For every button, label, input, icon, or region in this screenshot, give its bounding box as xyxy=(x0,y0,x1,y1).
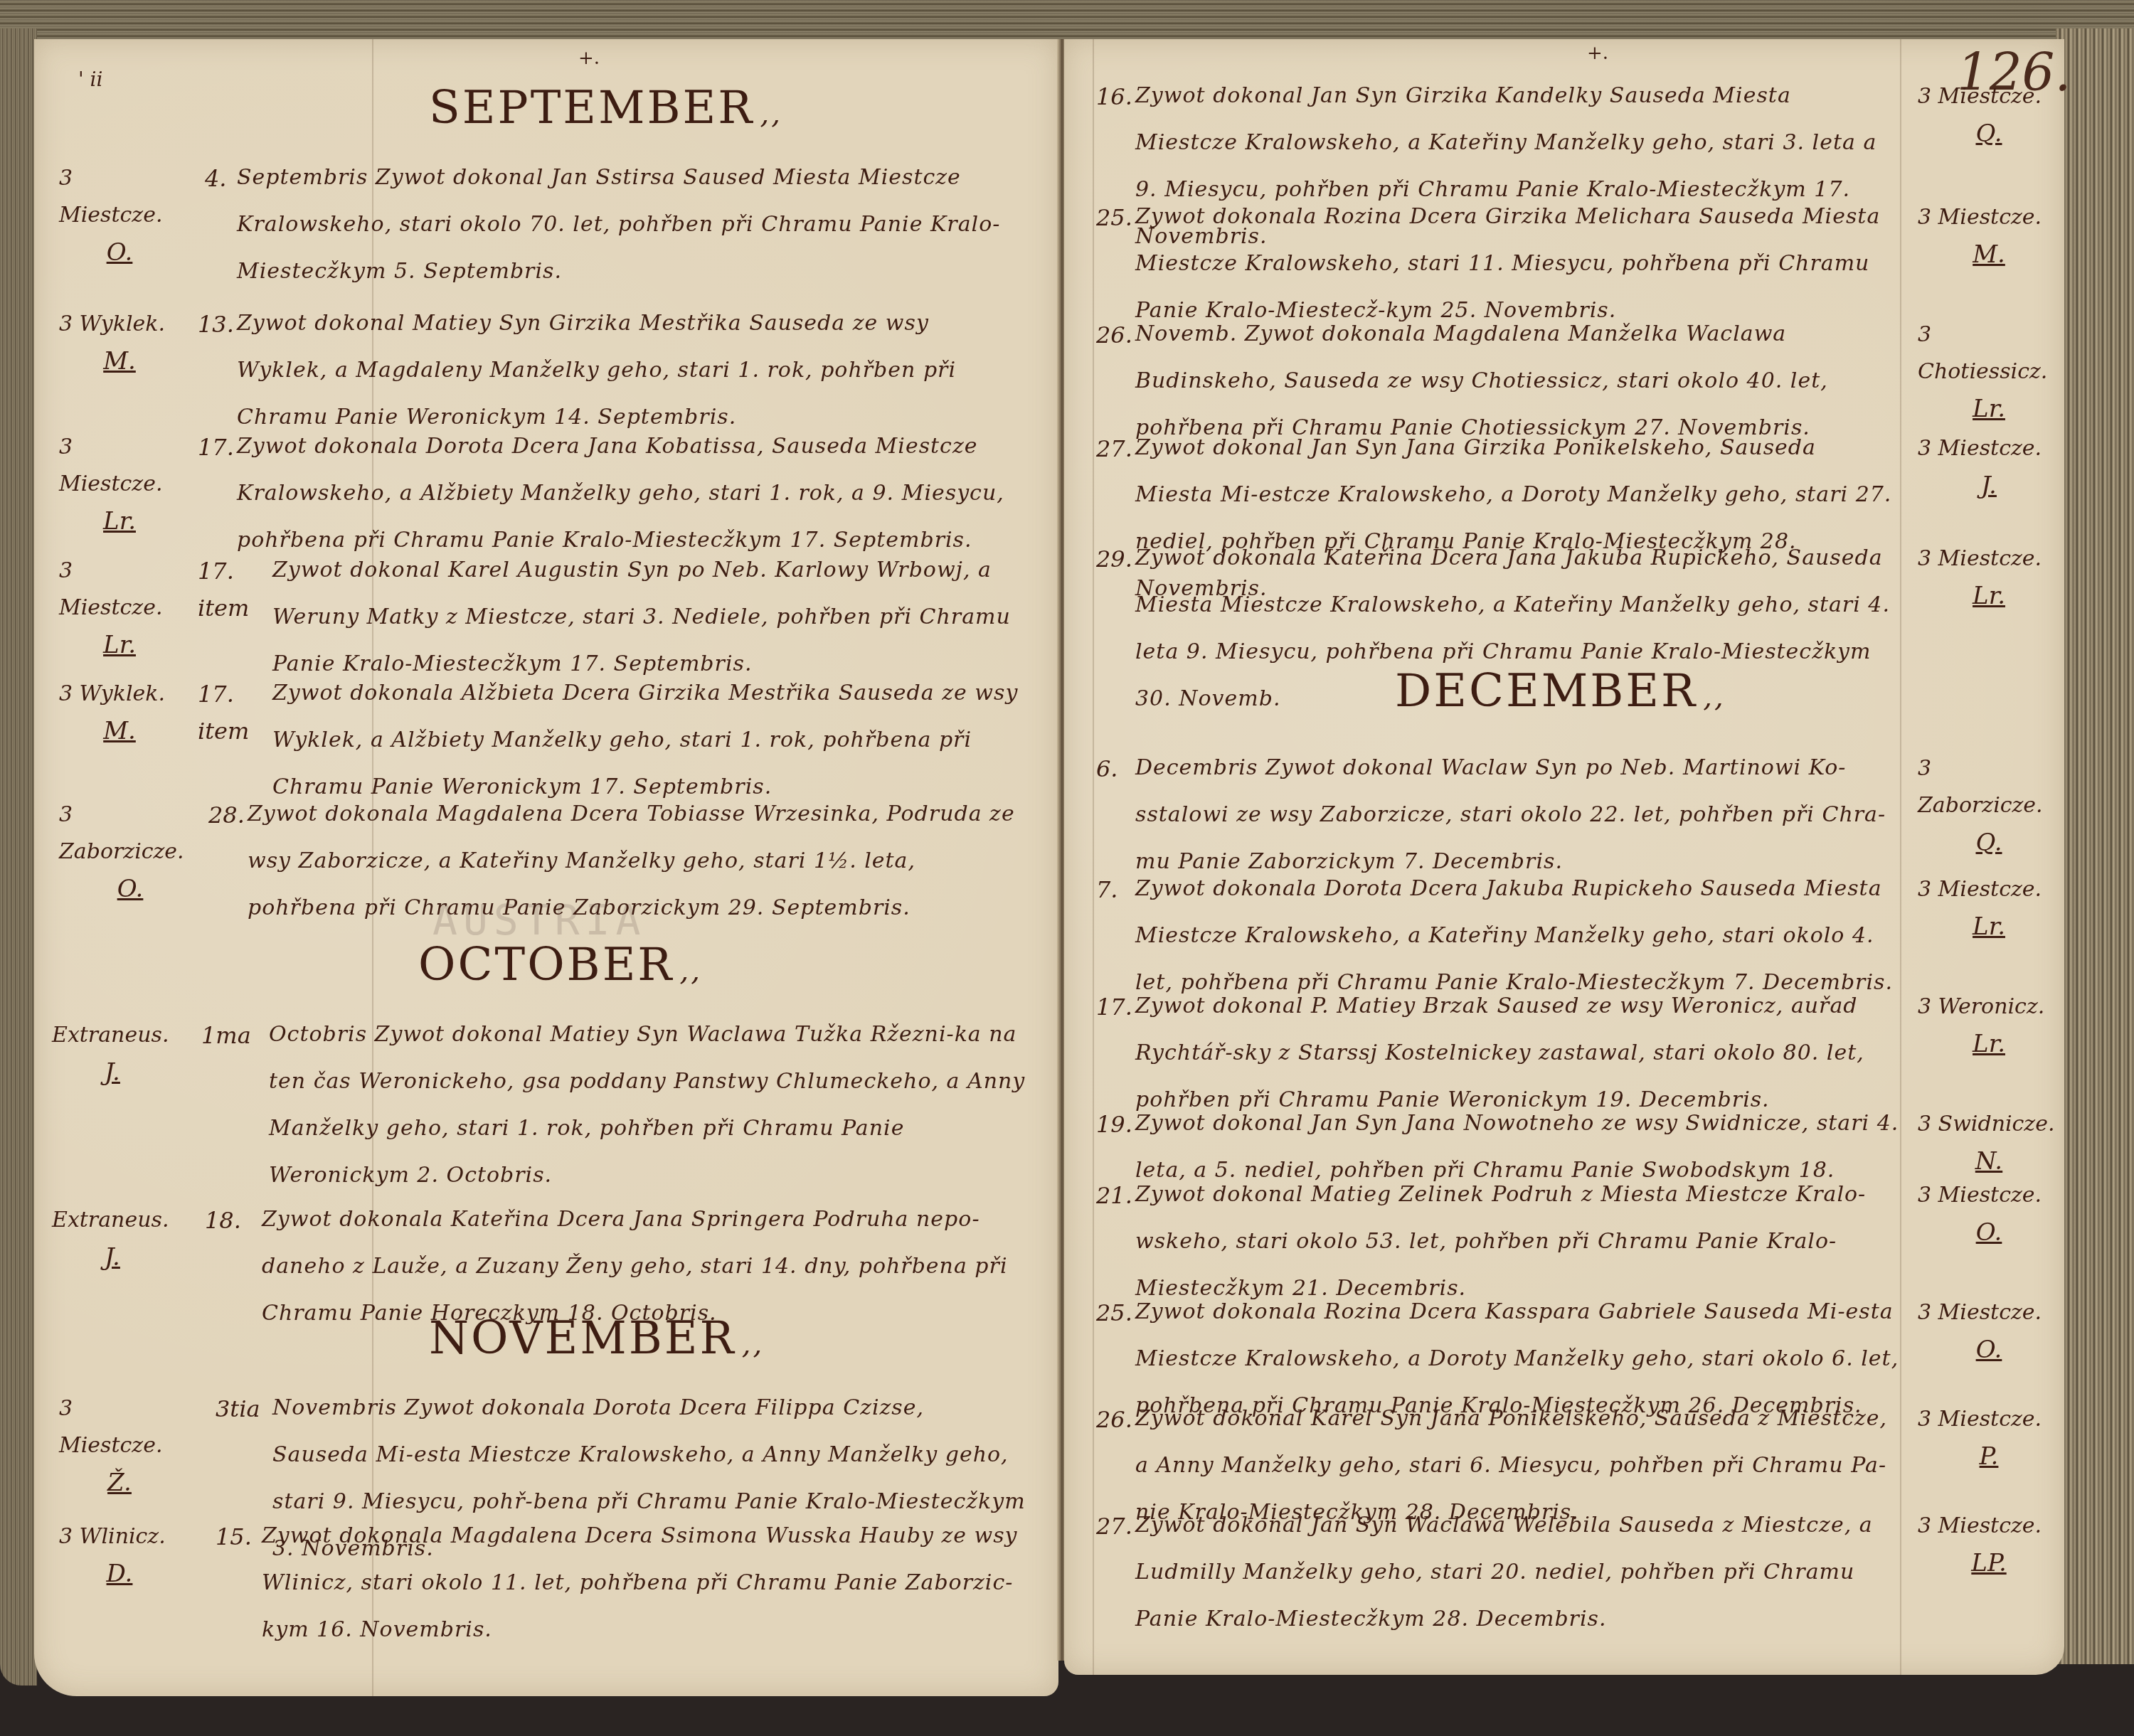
book-left-page-edges xyxy=(0,28,37,1686)
margin-initial: Q. xyxy=(1918,115,2060,152)
margin-place: 3 Miestcze. xyxy=(1918,546,2042,571)
margin-place: 3 Swidnicze. xyxy=(1918,1112,2054,1136)
margin-initial: J. xyxy=(52,1239,173,1276)
margin-initial: O. xyxy=(1918,1331,2060,1368)
book-top-edge xyxy=(0,0,2134,44)
margin-place: 3 Miestcze. xyxy=(1918,436,2042,461)
margin-place: 3 Miestcze. xyxy=(1918,84,2042,109)
margin-initial: Lr. xyxy=(59,627,180,664)
margin-initial: O. xyxy=(59,870,201,907)
entry-date: 17. item xyxy=(198,553,249,627)
entry-date: 13. xyxy=(198,306,234,343)
margin-initial: O. xyxy=(1918,1214,2060,1251)
margin-initial: J. xyxy=(52,1054,173,1091)
entry-text: Zywot dokonal Matiey Syn Girzika Mestřik… xyxy=(237,300,1026,441)
margin-place: Extraneus. xyxy=(52,1023,169,1048)
margin-place: 3 Miestcze. xyxy=(59,1396,162,1458)
margin-initial: Ž. xyxy=(59,1464,180,1501)
margin-initial: Lr. xyxy=(1918,1026,2060,1063)
margin-initial: Lr. xyxy=(1918,908,2060,945)
month-title: SEPTEMBER xyxy=(429,82,755,134)
margin-initial: J. xyxy=(1918,467,2060,504)
entry-date: 16. xyxy=(1096,78,1132,115)
month-heading-october: OCTOBER,, xyxy=(418,939,702,991)
margin-place: 3 Miestcze. xyxy=(59,435,162,496)
entry-date: 19. xyxy=(1096,1106,1132,1143)
entry-date: 17. xyxy=(1096,989,1132,1026)
entry-date: 4. xyxy=(205,160,227,197)
margin-place: 3 Miestcze. xyxy=(1918,1183,2042,1208)
margin-place: 3 Zaborzicze. xyxy=(59,802,184,864)
margin-initial: Lr. xyxy=(1918,577,2060,614)
left-page: ' ii +. AUSTRIA SEPTEMBER,, 3 Miestcze.O… xyxy=(34,39,1058,1696)
entry-date: 1ma xyxy=(201,1017,251,1054)
margin-place: 3 Miestcze. xyxy=(1918,1300,2042,1325)
entry-date: 6. xyxy=(1096,750,1118,787)
entry-text: Zywot dokonal Jan Syn Waclawa Welebila S… xyxy=(1135,1502,1900,1643)
entry-text: Septembris Zywot dokonal Jan Sstirsa Sau… xyxy=(237,154,1026,295)
margin-place: 3 Wlinicz. xyxy=(59,1524,166,1549)
month-title: OCTOBER xyxy=(418,939,674,991)
entry-date: 29. xyxy=(1096,540,1132,577)
margin-initial: M. xyxy=(59,713,180,750)
entry-date: 7. xyxy=(1096,871,1118,908)
entry-date: 15. xyxy=(216,1518,252,1555)
margin-place: 3 Miestcze. xyxy=(59,558,162,620)
margin-place: 3 Miestcze. xyxy=(1918,877,2042,902)
entry-text: Zywot dokonala Dorota Dcera Jana Kobatis… xyxy=(237,423,1026,564)
entry-date: 18. xyxy=(205,1202,241,1239)
month-heading-december: DECEMBER,, xyxy=(1395,665,1726,718)
entry-text: Zywot dokonala Alžbieta Dcera Girzika Me… xyxy=(272,670,1026,811)
margin-place: 3 Miestcze. xyxy=(1918,205,2042,230)
open-register-book: ' ii +. AUSTRIA SEPTEMBER,, 3 Miestcze.O… xyxy=(0,0,2134,1736)
entry-date: 17. xyxy=(198,429,234,466)
entry-date: 25. xyxy=(1096,1294,1132,1331)
month-heading-november: NOVEMBER,, xyxy=(429,1312,764,1365)
margin-initial: Q. xyxy=(1918,824,2060,861)
entry-date: 21. xyxy=(1096,1177,1132,1214)
month-title: DECEMBER xyxy=(1395,665,1697,718)
margin-place: 3 Miestcze. xyxy=(1918,1407,2042,1432)
entry-text: Octobris Zywot dokonal Matiey Syn Waclaw… xyxy=(269,1011,1026,1199)
margin-place: Extraneus. xyxy=(52,1208,169,1232)
margin-place: 3 Zaborzicze. xyxy=(1918,756,2043,818)
entry-date: 28. xyxy=(208,797,245,834)
entry-text: Zywot dokonala Magdalena Dcera Ssimona W… xyxy=(262,1513,1026,1654)
margin-initial: Lr. xyxy=(59,503,180,540)
margin-initial: LP. xyxy=(1918,1545,2060,1582)
cross-mark: +. xyxy=(1587,43,1608,64)
margin-place: 3 Wyklek. xyxy=(59,681,165,706)
entry-date: 3tia xyxy=(216,1390,260,1427)
margin-initial: M. xyxy=(1918,236,2060,273)
entry-date: 26. xyxy=(1096,1401,1132,1438)
entry-text: Zywot dokonala Magdalena Dcera Tobiasse … xyxy=(248,791,1026,932)
right-page: +. 126. 16. Zywot dokonal Jan Syn Girzik… xyxy=(1064,39,2064,1675)
margin-initial: D. xyxy=(59,1555,180,1592)
margin-place: 3 Wyklek. xyxy=(59,311,165,336)
margin-initial: P. xyxy=(1918,1438,2060,1475)
margin-initial: O. xyxy=(59,234,180,271)
entry-date: 27. xyxy=(1096,430,1132,467)
entry-date: 25. xyxy=(1096,199,1132,236)
margin-rule xyxy=(1093,39,1094,1675)
entry-text: Zywot dokonal Karel Augustin Syn po Neb.… xyxy=(272,547,1026,688)
entry-date: 26. xyxy=(1096,316,1132,353)
margin-place: 3 Chotiessicz. xyxy=(1918,322,2047,384)
corner-mark: ' ii xyxy=(78,68,103,91)
book-right-page-edges xyxy=(2056,28,2134,1664)
margin-initial: Lr. xyxy=(1918,390,2060,427)
margin-rule xyxy=(1900,39,1901,1675)
margin-place: 3 Weronicz. xyxy=(1918,994,2044,1019)
month-heading-september: SEPTEMBER,, xyxy=(429,82,782,134)
entry-date: 17. item xyxy=(198,676,249,750)
margin-place: 3 Miestcze. xyxy=(1918,1513,2042,1538)
cross-mark: +. xyxy=(578,48,600,69)
margin-initial: N. xyxy=(1918,1143,2060,1180)
entry-text: Decembris Zywot dokonal Waclaw Syn po Ne… xyxy=(1135,745,1900,885)
margin-initial: M. xyxy=(59,343,180,380)
entry-date: 27. xyxy=(1096,1508,1132,1545)
margin-place: 3 Miestcze. xyxy=(59,166,162,228)
month-title: NOVEMBER xyxy=(429,1312,736,1365)
